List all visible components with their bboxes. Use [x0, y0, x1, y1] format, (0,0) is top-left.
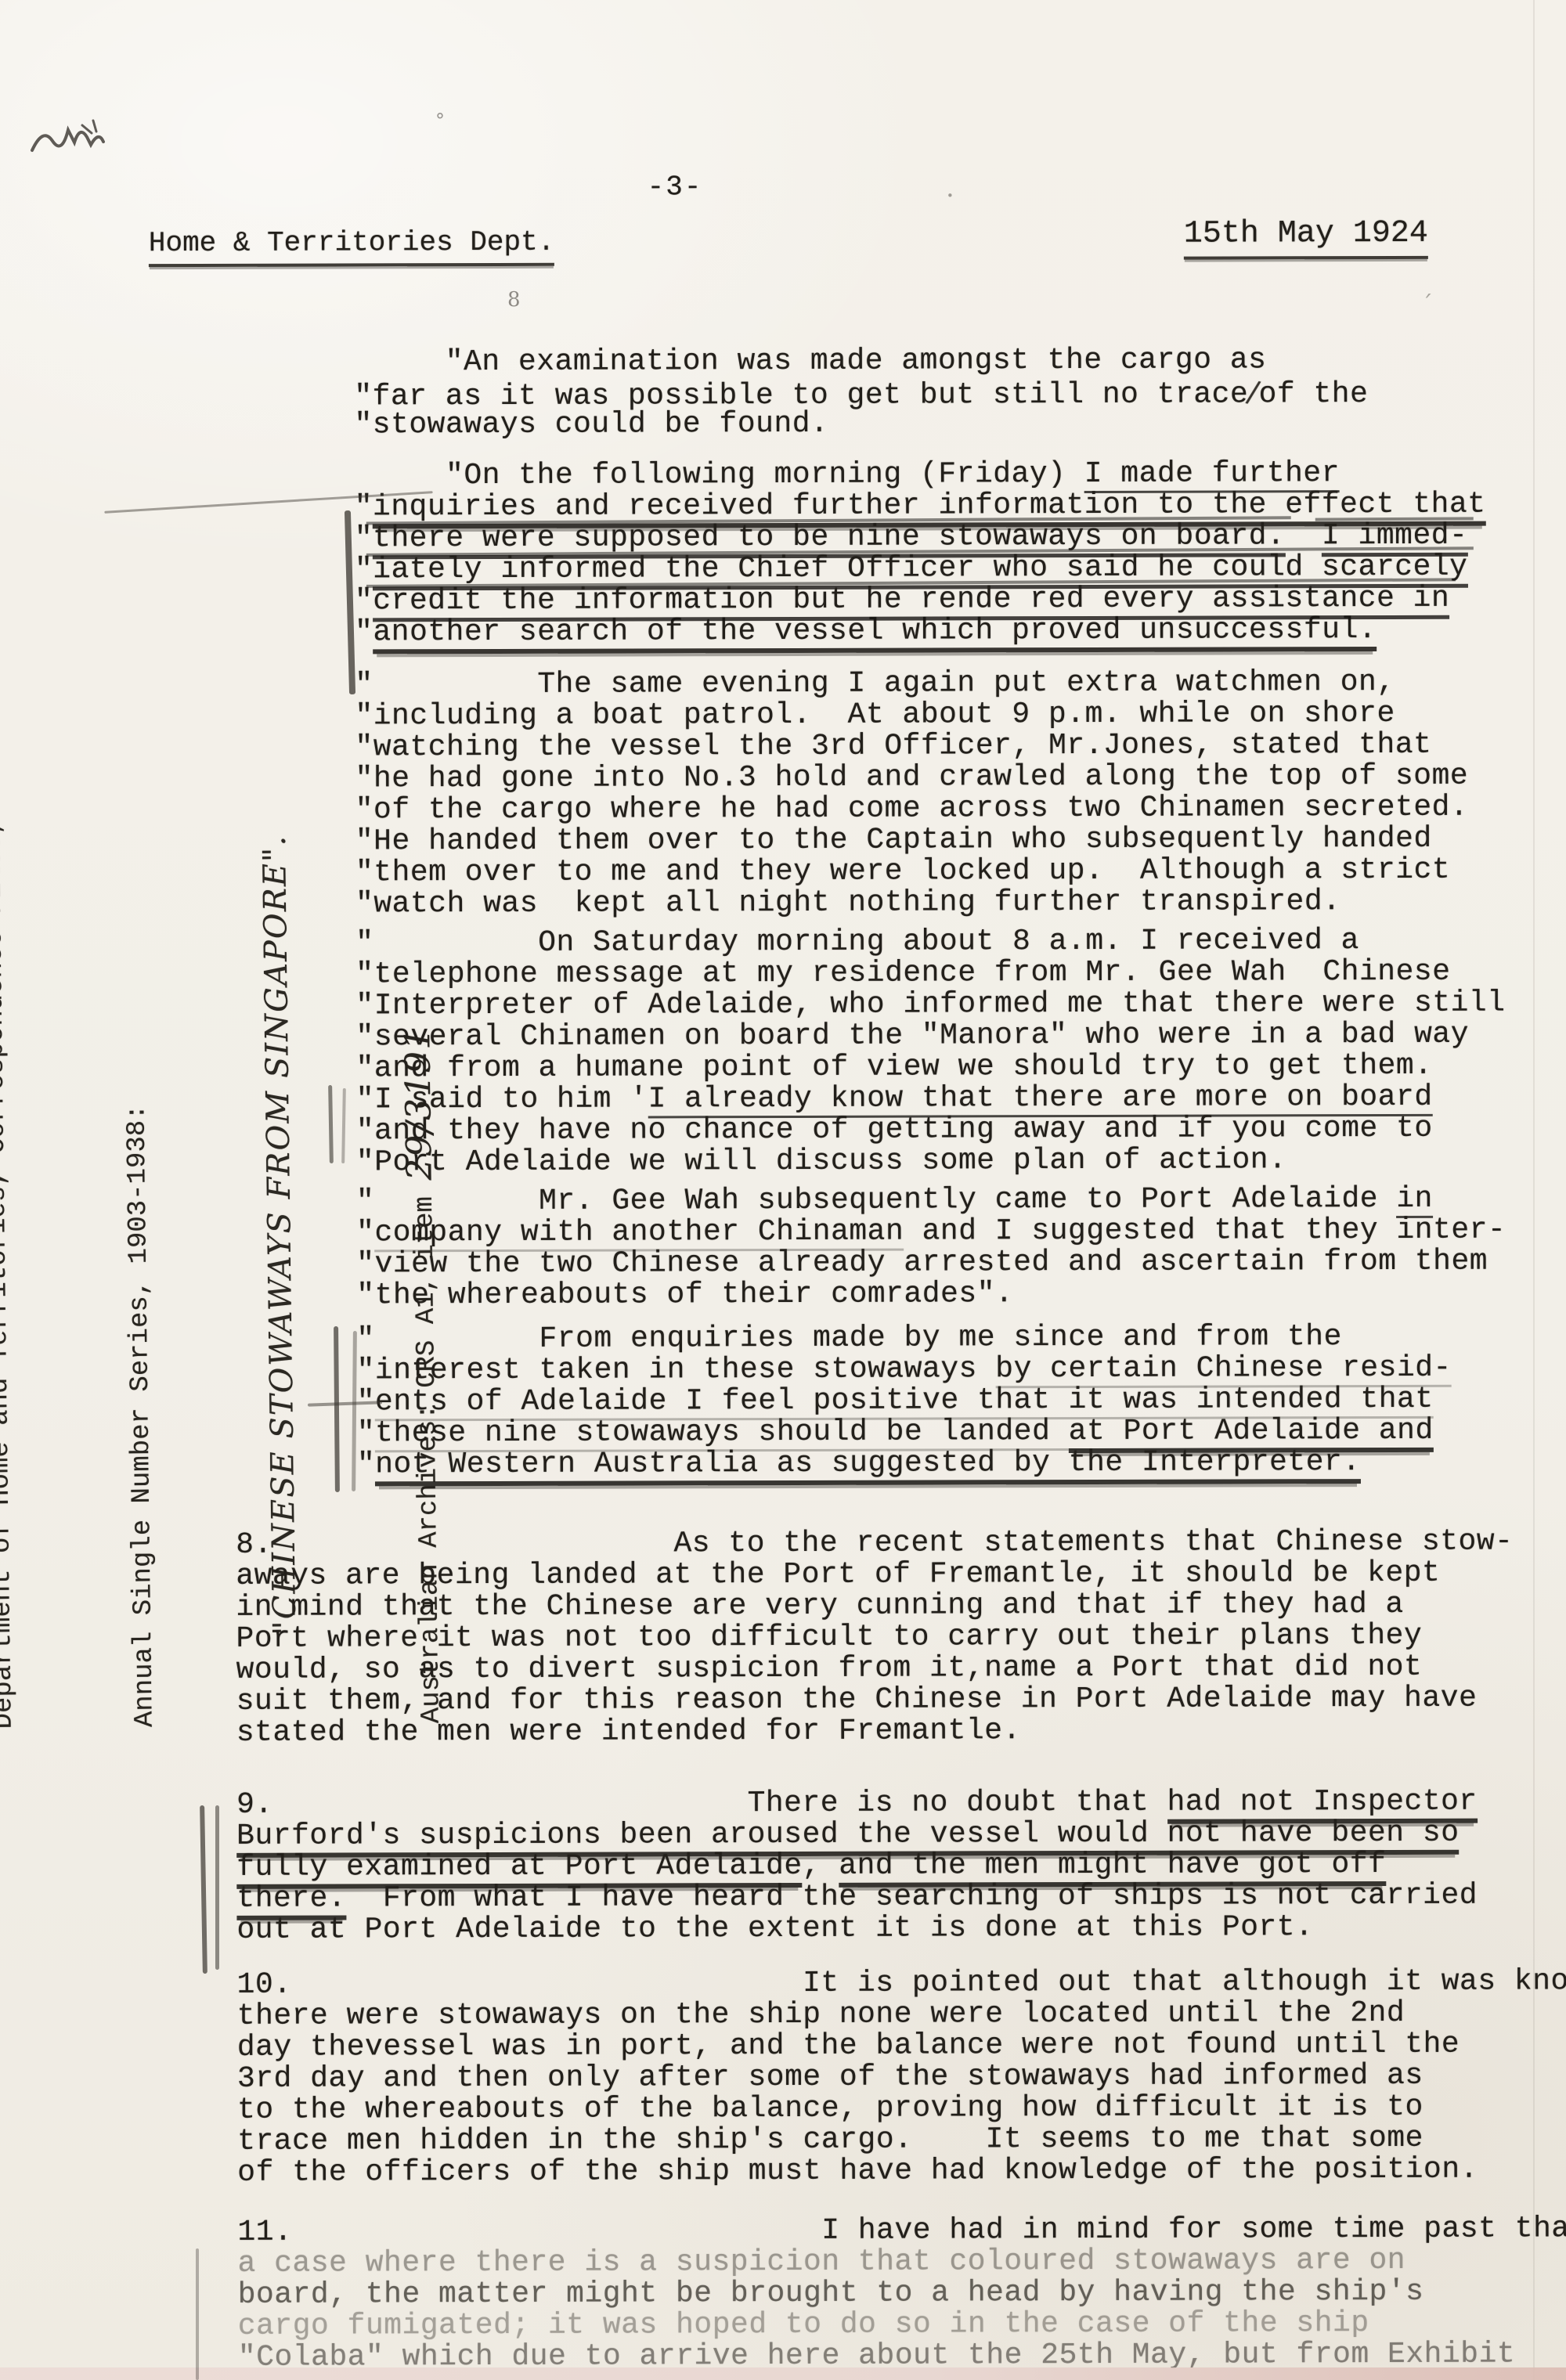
ink-speck: ·: [946, 180, 954, 211]
document-text-layer: -3- Home & Territories Dept. 15th May 19…: [0, 0, 1566, 2380]
document-line: "the whereabouts of their comrades".: [356, 1276, 1506, 1311]
document-line: "Port Adelaide we will discuss some plan…: [356, 1143, 1506, 1177]
text-segment: ": [356, 1216, 374, 1249]
document-line: 8. As to the recent statements that Chin…: [236, 1525, 1513, 1560]
document-line: "these nine stowaways should be landed a…: [357, 1414, 1452, 1448]
document-line: "and from a humane point of view we shou…: [356, 1049, 1506, 1084]
document-line: would, so as to divert suspicion from it…: [236, 1650, 1514, 1685]
document-line: "Interpreter of Adelaide, who informed m…: [355, 986, 1505, 1021]
document-line: "I said to him 'I already know that ther…: [356, 1080, 1506, 1115]
text-segment: of the officers of the ship must have ha…: [237, 2153, 1478, 2190]
scanned-document-page: -3- Home & Territories Dept. 15th May 19…: [0, 0, 1566, 2380]
document-line: "of the cargo where he had come across t…: [355, 791, 1469, 825]
document-line: "ents of Adelaide I feel positive that i…: [357, 1383, 1452, 1417]
document-line: there. From what I have heard the search…: [236, 1879, 1478, 1913]
document-date: 15th May 1924: [1184, 216, 1428, 260]
document-line: "far as it was possible to get but still…: [354, 374, 1368, 408]
text-segment: 9. There is no doubt that: [236, 1786, 1167, 1822]
document-line: stated the men were intended for Fremant…: [236, 1713, 1514, 1747]
text-segment: and I suggested that they inter-: [904, 1213, 1506, 1249]
numbered-paragraph-10: 10. It is pointed out that although it w…: [237, 1964, 1566, 2187]
document-line: "An examination was made amongst the car…: [354, 343, 1368, 377]
text-segment: ": [355, 584, 373, 618]
text-segment: ,: [803, 1849, 839, 1883]
document-line: trace men hidden in the ship's cargo. It…: [237, 2121, 1566, 2156]
document-line: "On the following morning (Friday) I mad…: [355, 456, 1486, 491]
document-line: "them over to me and they were locked up…: [355, 853, 1469, 888]
text-segment: "the whereabouts of their comrades".: [356, 1277, 1013, 1312]
document-line: Burford's suspicions been aroused the ve…: [236, 1816, 1478, 1851]
ink-speck: ´: [1421, 291, 1433, 319]
text-segment: of the: [1258, 377, 1368, 411]
text-segment: "view the two Chinese already arrested a…: [356, 1245, 1488, 1282]
quoted-paragraph-6: " From enquiries made by me since and fr…: [356, 1320, 1452, 1480]
document-line: board, the matter might be brought to a …: [238, 2274, 1566, 2310]
text-segment: " From enquiries made by me since and fr…: [356, 1320, 1342, 1356]
text-segment: suit them, and for this reason the Chine…: [236, 1682, 1478, 1718]
page-number: -3-: [648, 171, 703, 203]
document-line: in mind that the Chinese are very cunnin…: [236, 1588, 1513, 1622]
document-line: day thevessel was in port, and the balan…: [237, 2027, 1566, 2062]
document-line: 9. There is no doubt that had not Inspec…: [236, 1785, 1478, 1819]
document-line: " The same evening I again put extra wat…: [355, 665, 1468, 700]
pencil-margin-stroke: [196, 2248, 199, 2380]
document-line: " From enquiries made by me since and fr…: [356, 1320, 1451, 1354]
document-line: "telephone message at my residence from …: [355, 955, 1505, 990]
numbered-paragraph-9: 9. There is no doubt that had not Inspec…: [236, 1785, 1478, 1945]
document-line: "watching the vessel the 3rd Officer, Mr…: [355, 728, 1468, 763]
archive-number-line: Annual Single Number Series, 1903-1938:: [108, 686, 168, 1728]
text-segment: ": [357, 1416, 375, 1450]
text-segment: stated the men were intended for Fremant…: [236, 1714, 1021, 1750]
text-segment: " Mr. Gee Wah subsequently came to Port …: [356, 1182, 1396, 1218]
quoted-paragraph-2: "On the following morning (Friday) I mad…: [355, 456, 1486, 647]
ink-speck: 8: [507, 288, 521, 312]
underlined-text: credit the information but he rende red …: [373, 582, 1449, 622]
department-heading: Home & Territories Dept.: [149, 226, 555, 267]
document-line: "not Western Australia as suggested by t…: [357, 1445, 1452, 1480]
text-segment: ": [357, 1448, 375, 1481]
document-line: "He handed them over to the Captain who …: [355, 822, 1469, 856]
document-line: "and they have no chance of getting away…: [356, 1112, 1506, 1146]
ink-speck: °: [435, 110, 445, 132]
document-line: there were stowaways on the ship none we…: [237, 1996, 1566, 2031]
document-line: "inquiries and received further informat…: [355, 488, 1486, 522]
document-line: of the officers of the ship must have ha…: [237, 2152, 1566, 2187]
document-line: " Mr. Gee Wah subsequently came to Port …: [356, 1182, 1506, 1217]
quoted-paragraph-1: "An examination was made amongst the car…: [354, 343, 1368, 439]
text-segment: "watch was kept all night nothing furthe…: [355, 885, 1341, 921]
text-segment: "On the following morning (Friday): [355, 457, 1084, 492]
document-line: 11. I have had in mind for some time pas…: [237, 2212, 1566, 2247]
text-segment: "including a boat patrol. At about 9 p.m…: [355, 697, 1395, 733]
pencil-margin-stroke: [215, 1805, 219, 1970]
document-line: out at Port Adelaide to the extent it is…: [236, 1910, 1478, 1945]
text-segment: "Port Adelaide we will discuss some plan…: [356, 1143, 1287, 1179]
text-segment: "I said to him ': [356, 1082, 648, 1116]
document-line: "interest taken in these stowaways by ce…: [357, 1351, 1452, 1386]
text-segment: " The same evening I again put extra wat…: [355, 665, 1395, 701]
document-line: "credit the information but he rende red…: [355, 582, 1486, 616]
document-line: aways are being landed at the Port of Fr…: [236, 1556, 1513, 1591]
text-segment: ": [355, 521, 373, 555]
quoted-paragraph-4: " On Saturday morning about 8 a.m. I rec…: [355, 924, 1506, 1177]
document-line: "several Chinamen on board the "Manora" …: [355, 1018, 1505, 1052]
text-segment: out at Port Adelaide to the extent it is…: [236, 1910, 1313, 1947]
document-line: "including a boat patrol. At about 9 p.m…: [355, 697, 1468, 731]
paper-crease: [1533, 0, 1535, 2380]
text-segment: ": [355, 615, 373, 649]
document-line: "view the two Chinese already arrested a…: [356, 1245, 1506, 1279]
numbered-paragraph-11: 11. I have had in mind for some time pas…: [237, 2212, 1566, 2372]
text-segment: "interest taken in these stowaways: [357, 1352, 996, 1387]
document-line: 10. It is pointed out that although it w…: [237, 1964, 1566, 2000]
quoted-paragraph-3: " The same evening I again put extra wat…: [355, 665, 1468, 919]
document-line: a case where there is a suspicion that c…: [238, 2243, 1566, 2278]
document-body: "An examination was made amongst the car…: [0, 0, 1563, 2]
numbered-paragraph-8: 8. As to the recent statements that Chin…: [236, 1525, 1514, 1747]
document-line: "watch was kept all night nothing furthe…: [355, 885, 1469, 919]
document-line: "he had gone into No.3 hold and crawled …: [355, 759, 1469, 794]
document-line: "company with another Chinaman and I sug…: [356, 1213, 1506, 1248]
document-line: fully examined at Port Adelaide, and the…: [236, 1848, 1478, 1882]
document-line: 3rd day and then only after some of the …: [237, 2058, 1566, 2093]
text-segment: "An examination was made amongst the car…: [354, 343, 1266, 379]
text-segment: " On Saturday morning about 8 a.m. I rec…: [355, 924, 1359, 960]
document-line: cargo fumigated; it was hoped to do so i…: [238, 2306, 1566, 2341]
document-line: to the whereabouts of the balance, provi…: [237, 2090, 1566, 2125]
document-line: suit them, and for this reason the Chine…: [236, 1682, 1514, 1716]
scan-edge: [0, 2367, 1566, 2380]
text-segment: "stowaways could be found.: [354, 407, 828, 442]
quoted-paragraph-5: " Mr. Gee Wah subsequently came to Port …: [356, 1182, 1506, 1311]
archive-series-line: Department of Home and Territories, Corr…: [0, 687, 28, 1729]
text-segment: ": [355, 553, 373, 586]
underlined-text: not Western Australia as suggested by th…: [375, 1445, 1361, 1486]
document-line: Port where it was not too difficult to c…: [236, 1619, 1513, 1653]
document-line: " On Saturday morning about 8 a.m. I rec…: [355, 924, 1505, 958]
